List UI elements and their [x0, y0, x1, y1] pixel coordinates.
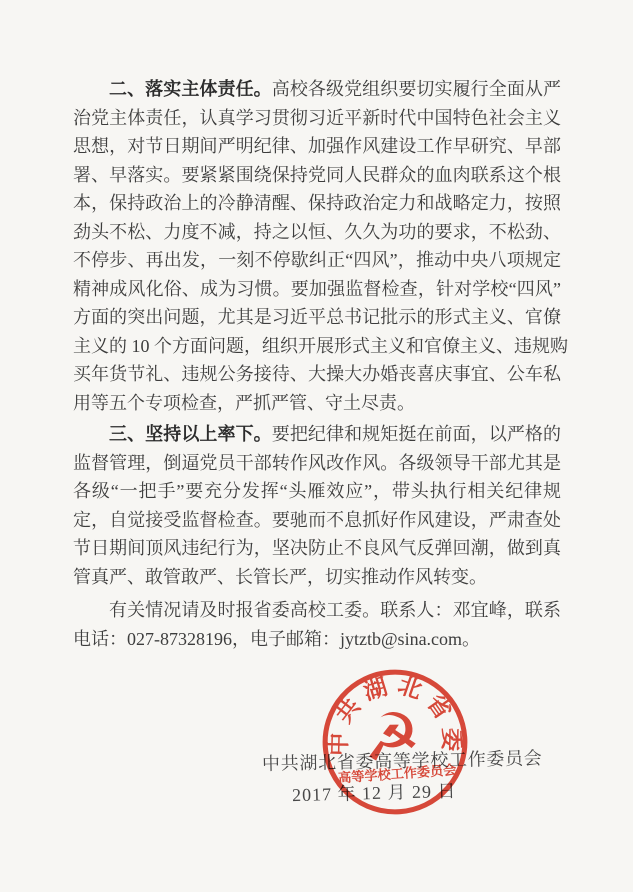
text-line: 节日期间顶风违纪行为，坚决防止不良风气反弹回潮，做到真	[73, 534, 561, 563]
text-line-rest: 高校各级党组织要切实履行全面从严	[272, 79, 561, 99]
text-line: 主义的 10 个方面问题，组织开展形式主义和官僚主义、违规购	[73, 332, 561, 361]
paragraph-lead-by-example: 三、坚持以上率下。要把纪律和规矩挺在前面，以严格的 监督管理，倒逼党员干部转作风…	[73, 420, 561, 591]
section-heading-2: 二、落实主体责任。	[109, 79, 272, 99]
paragraph-implement-responsibility: 二、落实主体责任。高校各级党组织要切实履行全面从严 治党主体责任，认真学习贯彻习…	[73, 75, 561, 417]
text-line-rest: 要把纪律和规矩挺在前面，以严格的	[272, 424, 561, 444]
text-line: 劲头不松、力度不减，持之以恒、久久为功的要求，不松劲、	[73, 218, 561, 247]
section-heading-3: 三、坚持以上率下。	[109, 424, 272, 444]
text-line: 二、落实主体责任。高校各级党组织要切实履行全面从严	[73, 75, 561, 104]
text-line: 本，保持政治上的冷静清醒、保持政治定力和战略定力，按照	[73, 189, 561, 218]
text-line: 不停步、再出发，一刻不停歇纠正“四风”，推动中央八项规定	[73, 246, 561, 275]
paragraph-contact-info: 有关情况请及时报省委高校工委。联系人：邓宜峰，联系 电话：027-8732819…	[73, 596, 561, 653]
text-line: 买年货节礼、违规公务接待、大操大办婚丧喜庆事宜、公车私	[73, 360, 561, 389]
document-page: 二、落实主体责任。高校各级党组织要切实履行全面从严 治党主体责任，认真学习贯彻习…	[0, 0, 633, 892]
text-line: 管真严、敢管敢严、长管长严，切实推动作风转变。	[73, 563, 561, 592]
text-line: 思想，对节日期间严明纪律、加强作风建设工作早研究、早部	[73, 132, 561, 161]
text-line: 方面的突出问题，尤其是习近平总书记批示的形式主义、官僚	[73, 303, 561, 332]
text-line: 各级“一把手”要充分发挥“头雁效应”，带头执行相关纪律规	[73, 477, 561, 506]
text-line: 有关情况请及时报省委高校工委。联系人：邓宜峰，联系	[73, 596, 561, 625]
text-line: 治党主体责任，认真学习贯彻习近平新时代中国特色社会主义	[73, 104, 561, 133]
text-line: 监督管理，倒逼党员干部转作风改作风。各级领导干部尤其是	[73, 449, 561, 478]
text-line: 用等五个专项检查，严抓严管、守土尽责。	[73, 389, 561, 418]
text-line: 精神成风化俗、成为习惯。要加强监督检查，针对学校“四风”	[73, 275, 561, 304]
document-body: 二、落实主体责任。高校各级党组织要切实履行全面从严 治党主体责任，认真学习贯彻习…	[73, 75, 561, 653]
text-line: 定，自觉接受监督检查。要驰而不息抓好作风建设，严肃查处	[73, 506, 561, 535]
text-line: 署、早落实。要紧紧围绕保持党同人民群众的血肉联系这个根	[73, 161, 561, 190]
text-line: 电话：027-87328196，电子邮箱：jytztb@sina.com。	[73, 625, 561, 654]
official-seal: 中共湖北省委 ☭ 高等学校工作委员会	[309, 656, 482, 829]
text-line: 三、坚持以上率下。要把纪律和规矩挺在前面，以严格的	[73, 420, 561, 449]
